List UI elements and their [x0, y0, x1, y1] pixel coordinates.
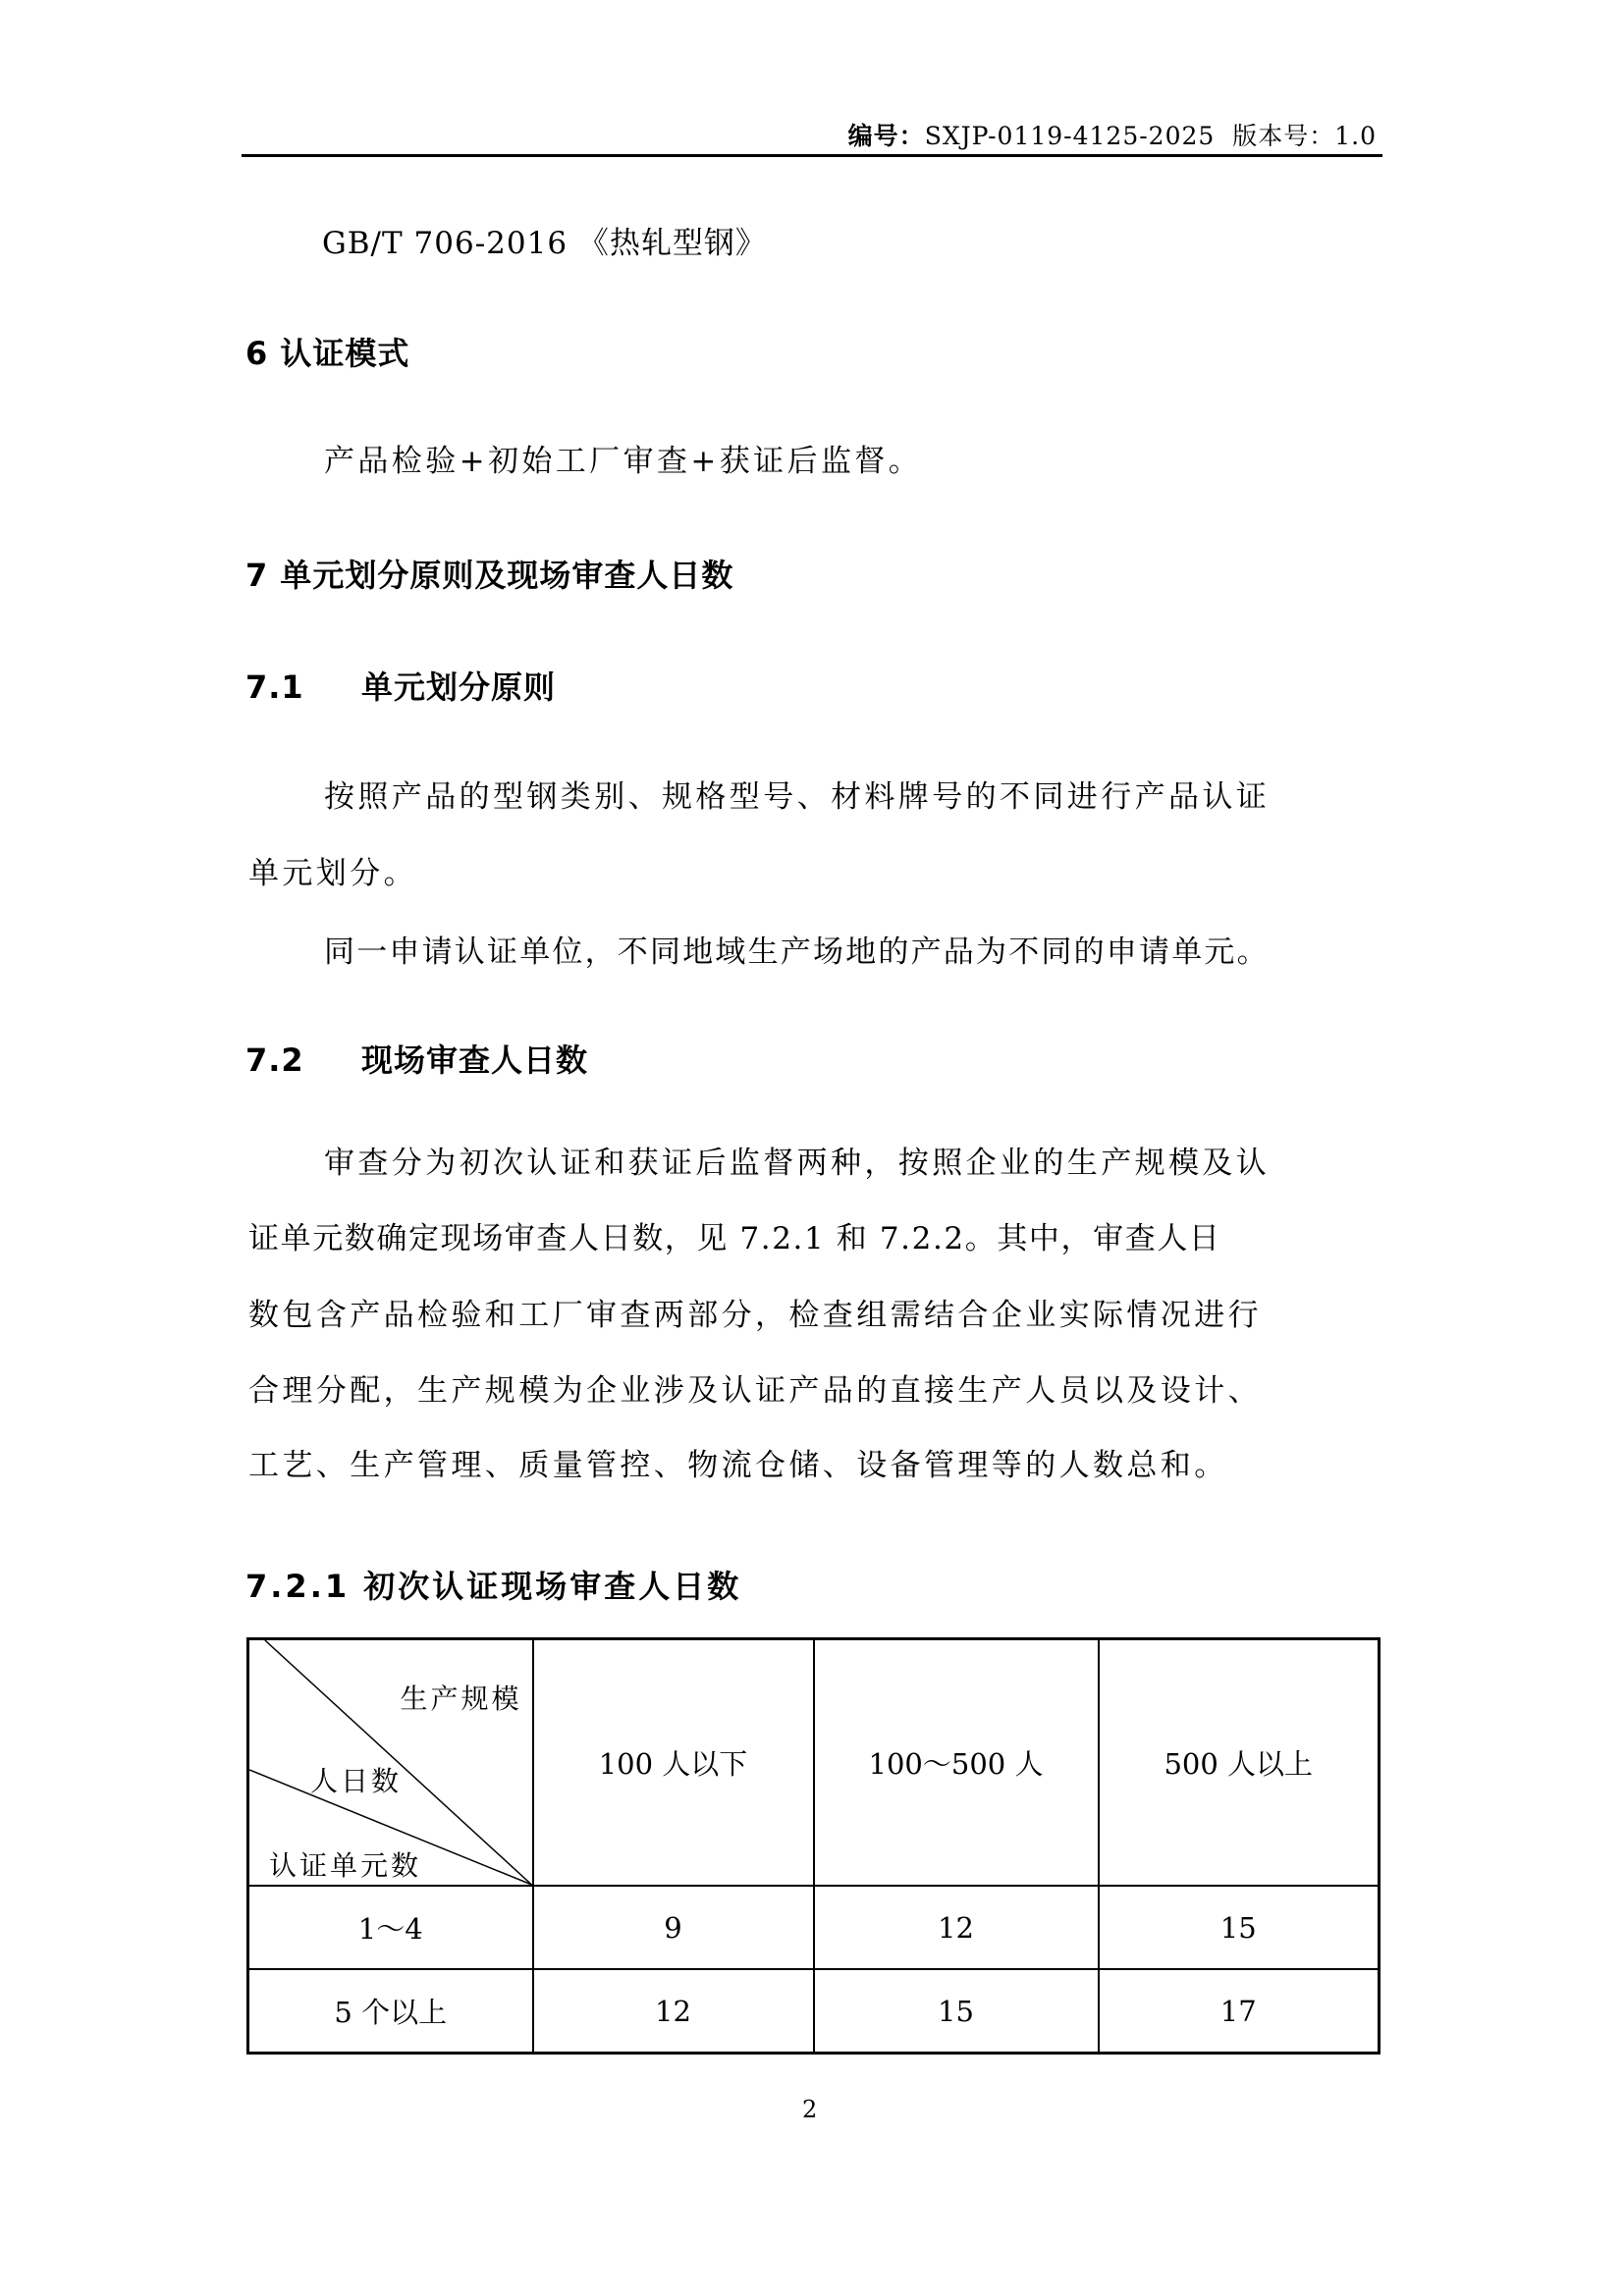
version-value: 1.0 — [1334, 122, 1377, 150]
table-cell: 9 — [533, 1886, 814, 1969]
row-label: 1～4 — [248, 1886, 533, 1969]
section-7-2-line-1: 审查分为初次认证和获证后监督两种，按照企业的生产规模及认 — [324, 1144, 1270, 1183]
section-7-2-heading: 7.2现场审查人日数 — [245, 1041, 588, 1080]
corner-label-production-scale: 生产规模 — [400, 1678, 521, 1717]
table-header-row: 生产规模 人日数 认证单元数 100 人以下 100～500 人 500 人以上 — [248, 1639, 1380, 1887]
standard-reference: GB/T 706-2016 《热轧型钢》 — [322, 224, 767, 263]
table-row: 1～4 9 12 15 — [248, 1886, 1380, 1969]
section-7-1-number: 7.1 — [245, 667, 361, 707]
table-cell: 12 — [814, 1886, 1099, 1969]
column-header: 100～500 人 — [814, 1639, 1099, 1887]
version-label: 版本号： — [1232, 122, 1334, 150]
audit-days-table: 生产规模 人日数 认证单元数 100 人以下 100～500 人 500 人以上… — [246, 1637, 1380, 2055]
corner-label-person-days: 人日数 — [310, 1760, 402, 1799]
section-6-text: 产品检验+初始工厂审查+获证后监督。 — [324, 442, 922, 481]
document-header: 编号：SXJP-0119-4125-2025 版本号：1.0 — [848, 122, 1377, 151]
table-cell: 12 — [533, 1969, 814, 2054]
section-7-1-heading: 7.1单元划分原则 — [245, 667, 556, 707]
table-cell: 17 — [1099, 1969, 1380, 2054]
section-7-1-line-2: 单元划分。 — [248, 854, 417, 893]
page-number: 2 — [802, 2096, 817, 2123]
table-corner-cell: 生产规模 人日数 认证单元数 — [248, 1639, 533, 1887]
section-7-2-title: 现场审查人日数 — [361, 1041, 588, 1079]
table-cell: 15 — [1099, 1886, 1380, 1969]
section-7-2-line-3: 数包含产品检验和工厂审查两部分，检查组需结合企业实际情况进行 — [248, 1296, 1262, 1335]
section-7-2-1-title: 7.2.1 初次认证现场审查人日数 — [245, 1567, 741, 1606]
section-7-1-line-3: 同一申请认证单位，不同地域生产场地的产品为不同的申请单元。 — [324, 933, 1270, 972]
header-rule — [242, 154, 1382, 157]
section-6-title: 6 认证模式 — [245, 334, 409, 373]
section-7-title: 7 单元划分原则及现场审查人日数 — [245, 556, 733, 595]
column-header: 100 人以下 — [533, 1639, 814, 1887]
section-7-1-line-1: 按照产品的型钢类别、规格型号、材料牌号的不同进行产品认证 — [324, 777, 1270, 817]
section-7-2-number: 7.2 — [245, 1041, 361, 1080]
column-header: 500 人以上 — [1099, 1639, 1380, 1887]
section-7-2-line-5: 工艺、生产管理、质量管控、物流仓储、设备管理等的人数总和。 — [248, 1446, 1228, 1485]
section-7-1-title: 单元划分原则 — [361, 668, 556, 706]
corner-label-unit-count: 认证单元数 — [269, 1844, 421, 1884]
section-7-2-line-4: 合理分配，生产规模为企业涉及认证产品的直接生产人员以及设计、 — [248, 1371, 1262, 1411]
row-label: 5 个以上 — [248, 1969, 533, 2054]
doc-code-label: 编号： — [848, 122, 925, 150]
section-7-2-line-2: 证单元数确定现场审查人日数，见 7.2.1 和 7.2.2。其中，审查人日 — [248, 1219, 1221, 1258]
table-row: 5 个以上 12 15 17 — [248, 1969, 1380, 2054]
table-cell: 15 — [814, 1969, 1099, 2054]
doc-code-value: SXJP-0119-4125-2025 — [925, 122, 1216, 150]
